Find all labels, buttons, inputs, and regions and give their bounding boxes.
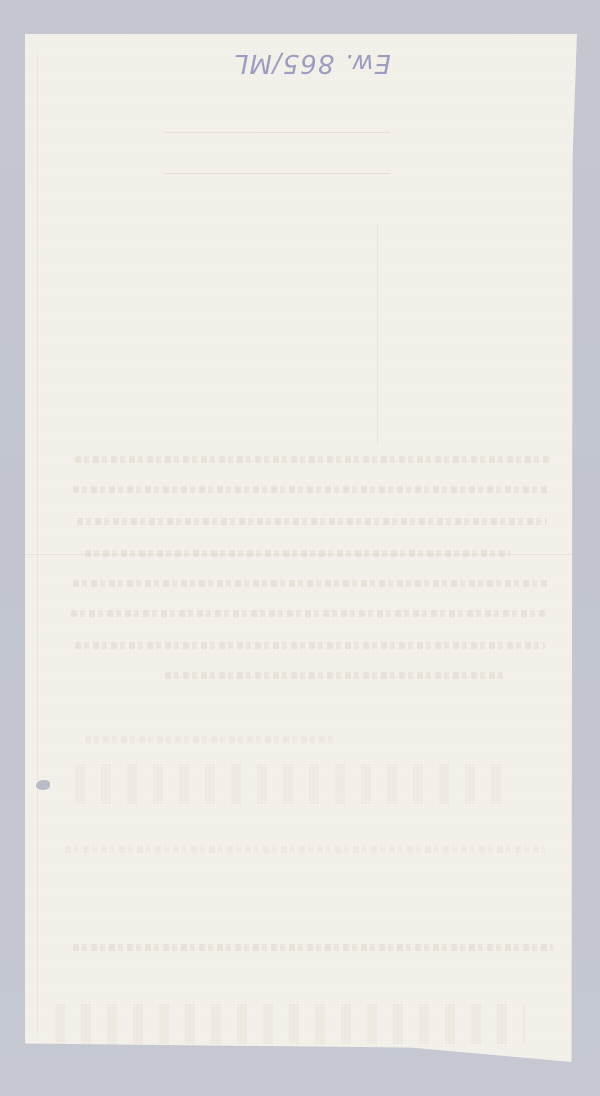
bleed-through-line	[75, 456, 550, 463]
bleed-through-large-signature	[55, 1004, 525, 1044]
bleed-through-line	[73, 944, 553, 951]
fold-line-vertical	[377, 224, 378, 444]
bleed-through-large-mark	[75, 764, 515, 804]
paper-hole	[36, 780, 50, 790]
paper-sheet	[25, 34, 577, 1062]
bleed-through-line	[71, 610, 546, 617]
handwritten-catalogue-number: Ew. 865/ML	[233, 48, 391, 78]
bleed-through-line	[85, 736, 335, 743]
bleed-through-line	[73, 580, 548, 587]
margin-rule	[37, 54, 38, 1034]
bleed-through-line	[65, 846, 545, 853]
bleed-through-line	[85, 550, 510, 557]
bleed-through-line	[165, 672, 505, 679]
bleed-through-header-box	[165, 132, 390, 174]
bleed-through-line	[77, 518, 547, 525]
bleed-through-line	[73, 486, 548, 493]
bleed-through-line	[75, 642, 545, 649]
